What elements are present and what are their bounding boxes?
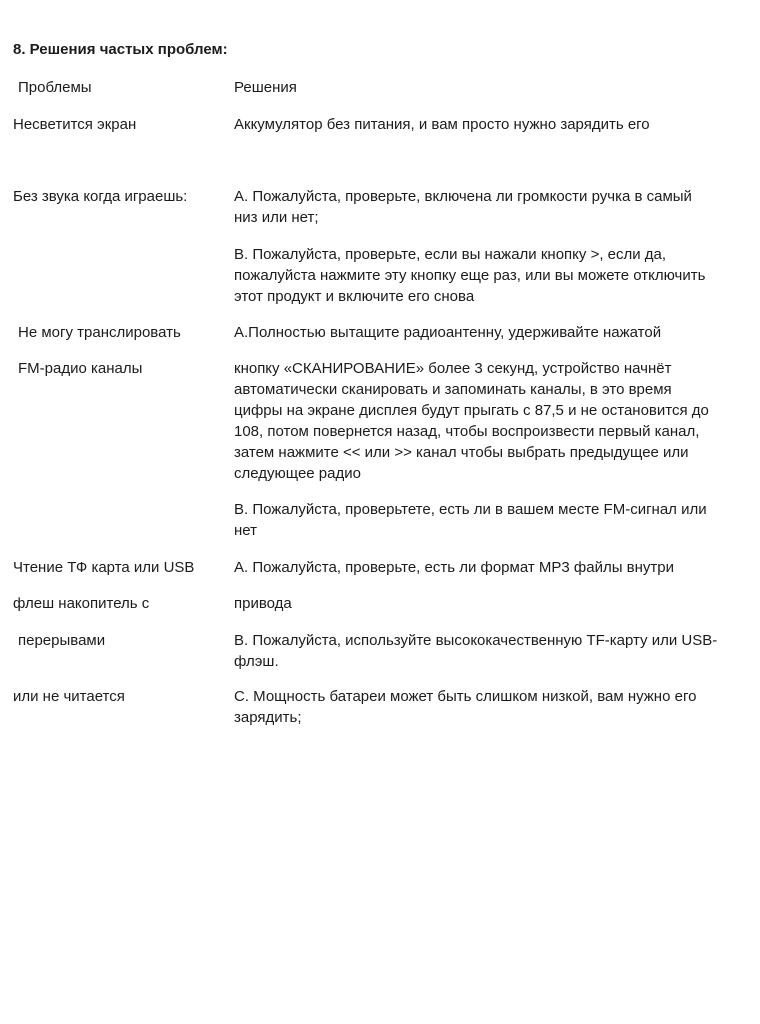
problem-tf-line2: флеш накопитель с bbox=[13, 593, 149, 614]
solution-no-sound-a-line2: низ или нет; bbox=[234, 207, 319, 228]
solution-fm-scan-line3: цифры на экране дисплея будут прыгать с … bbox=[234, 400, 709, 421]
solution-fm-scan-line2: автоматически сканировать и запоминать к… bbox=[234, 379, 672, 400]
solution-screen-off: Аккумулятор без питания, и вам просто ну… bbox=[234, 114, 650, 135]
solution-tf-b-line2: флэш. bbox=[234, 651, 279, 672]
solution-tf-c-line2: зарядить; bbox=[234, 707, 302, 728]
column-header-solutions: Решения bbox=[234, 77, 297, 98]
solution-tf-c-line1: С. Мощность батареи может быть слишком н… bbox=[234, 686, 696, 707]
solution-fm-b-line2: нет bbox=[234, 520, 257, 541]
solution-fm-scan-line5: затем нажмите << или >> канал чтобы выбр… bbox=[234, 442, 689, 463]
problem-fm-line1: Не могу транслировать bbox=[18, 322, 181, 343]
problem-tf-line1: Чтение ТФ карта или USB bbox=[13, 557, 194, 578]
solution-no-sound-b-line2: пожалуйста нажмите эту кнопку еще раз, и… bbox=[234, 265, 705, 286]
problem-tf-line3: перерывами bbox=[18, 630, 105, 651]
section-title: 8. Решения частых проблем: bbox=[13, 40, 228, 60]
problem-fm-line2: FM-радио каналы bbox=[18, 358, 142, 379]
solution-fm-scan-line4: 108, потом повернется назад, чтобы воспр… bbox=[234, 421, 699, 442]
solution-tf-a: А. Пожалуйста, проверьте, есть ли формат… bbox=[234, 557, 674, 578]
solution-no-sound-b-line1: В. Пожалуйста, проверьте, если вы нажали… bbox=[234, 244, 666, 265]
solution-tf-a-cont: привода bbox=[234, 593, 292, 614]
column-header-problems: Проблемы bbox=[18, 77, 92, 98]
problem-screen-off: Несветится экран bbox=[13, 114, 136, 135]
solution-tf-b-line1: В. Пожалуйста, используйте высококачеств… bbox=[234, 630, 717, 651]
solution-fm-scan-line1: кнопку «СКАНИРОВАНИЕ» более 3 секунд, ус… bbox=[234, 358, 671, 379]
solution-no-sound-a-line1: А. Пожалуйста, проверьте, включена ли гр… bbox=[234, 186, 692, 207]
solution-fm-b-line1: В. Пожалуйста, проверьтете, есть ли в ва… bbox=[234, 499, 707, 520]
solution-no-sound-b-line3: этот продукт и включите его снова bbox=[234, 286, 474, 307]
document-page: 8. Решения частых проблем: Проблемы Реше… bbox=[0, 0, 760, 1024]
problem-no-sound: Без звука когда играешь: bbox=[13, 186, 187, 207]
solution-fm-scan-line6: следующее радио bbox=[234, 463, 361, 484]
problem-tf-line4: или не читается bbox=[13, 686, 125, 707]
solution-fm-a: А.Полностью вытащите радиоантенну, удерж… bbox=[234, 322, 661, 343]
